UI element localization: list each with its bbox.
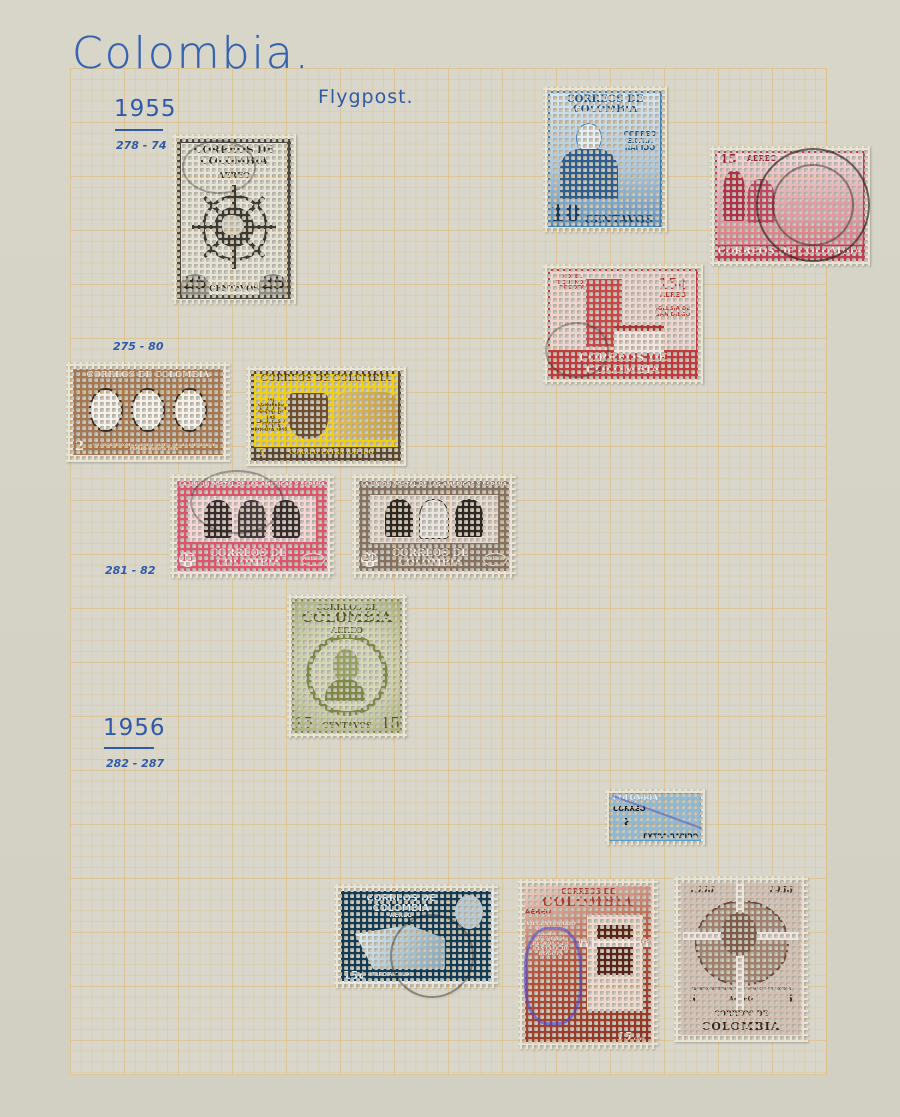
- stamp-value: 5: [689, 995, 696, 1005]
- page-title: Colombia.: [72, 28, 311, 79]
- stamp-ship-wheel[interactable]: CORREOS DE COLOMBIA AEREO 25 CENTAVOS 25: [172, 134, 296, 304]
- stamp-subtitle-2: AEREO: [525, 909, 577, 916]
- stamp-congreso-15[interactable]: LA UNION POSTAL DE LAS AMERICAS Y ESPAÑA…: [170, 474, 334, 578]
- stamp-header: CORREOS DE COLOMBIA: [261, 375, 391, 384]
- stamp-inscription: VII CONGRESO DE LA UNION POSTAL DE LAS A…: [87, 443, 221, 451]
- stamp-subtitle: CORREO EXTRA RAPIDO: [265, 450, 398, 456]
- stamp-value: 5: [786, 995, 793, 1005]
- stamp-caldas-15[interactable]: CORREOS DE COLOMBIA AEREO 15 CENTAVOS 15: [287, 594, 407, 738]
- stamp-value: 15: [720, 153, 737, 165]
- stamp-subtitle: COLOMBIA: [302, 611, 392, 625]
- album-page: Colombia. Flygpost. 1955 278 - 74 275 - …: [0, 0, 900, 1117]
- overprint-text: EXTRA-RAPIDO: [643, 833, 698, 840]
- catalog-range: 278 - 74: [116, 139, 167, 152]
- stamp-header: CORREOS DE COLOMBIA: [341, 894, 461, 913]
- stamp-value: 2: [75, 440, 84, 453]
- stamp-faro-colon-15[interactable]: CORREOS DE COLOMBIA AEREO 15¢ FARO A COL…: [334, 884, 498, 988]
- stamp-unit: CENTAVOS: [585, 214, 653, 225]
- stamp-badge: AEREO: [483, 553, 507, 566]
- stamp-extra-rapido-10[interactable]: CORREOS DE COLOMBIA CORREO EXTRA RAPIDO …: [543, 86, 667, 232]
- overprint-value: 2: [623, 818, 630, 828]
- stamp-value: 15: [381, 716, 400, 731]
- stamp-unit: ctvs: [634, 1037, 645, 1042]
- medallion-portrait: [306, 634, 388, 716]
- stamp-aereo-15-red[interactable]: 15 AEREO CORREOS DE COLOMBIA: [710, 146, 870, 266]
- catalog-range: 275 - 80: [113, 340, 164, 353]
- stamp-subtitle-2: AEREO: [331, 626, 363, 634]
- stamp-unit: CENTAVOS: [209, 284, 259, 292]
- catalog-range: 281 - 82: [105, 564, 156, 577]
- stamp-unit: CENTAVOS: [322, 721, 372, 729]
- stamp-congreso-5[interactable]: CORREOS DE COLOMBIA VII CONGRESO DE LA U…: [246, 366, 406, 466]
- ink-postmark: [524, 927, 582, 1025]
- stamp-subtitle: AEREO: [660, 292, 686, 299]
- stamp-footer: CORREOS DE COLOMBIA: [381, 549, 480, 569]
- stamp-value: 15: [294, 716, 313, 731]
- stamp-footer: CORREOS DE COLOMBIA: [199, 549, 298, 569]
- stamp-value: 25: [259, 274, 287, 295]
- stamp-inscription: VII CONGRESO DE LA UNION POSTAL DE LAS A…: [254, 399, 288, 433]
- stamp-value: 15¢: [659, 277, 688, 292]
- stamp-footer-2: COLOMBIA: [702, 1021, 781, 1032]
- stamp-value: 10: [550, 203, 581, 225]
- monarchs-illustration: [334, 392, 398, 440]
- stamp-header: CORREOS DE COLOMBIA: [87, 371, 210, 380]
- postmark: [182, 140, 256, 194]
- stamp-loyola-5[interactable]: 1556 1956 CUARTO CENTENARIO SAN IGNACIO …: [674, 876, 808, 1042]
- stamp-subtitle: CORREO EXTRA RAPIDO: [620, 131, 660, 203]
- stamp-overprint-2[interactable]: COLOMBIA CORREO 2 EXTRA-RAPIDO: [605, 789, 705, 845]
- stamp-header: LA UNION POSTAL DE LAS AMERICAS Y ESPAÑA: [361, 483, 507, 489]
- stamp-value: 25: [181, 274, 209, 295]
- stamp-value: 15: [617, 1031, 632, 1042]
- year-underline: [115, 129, 163, 131]
- stamp-subtitle: AEREO: [747, 155, 777, 163]
- stamp-subtitle: COLOMBIA: [525, 896, 651, 909]
- postmark: [390, 914, 474, 998]
- stamp-value: 5: [257, 447, 265, 458]
- postmark: [190, 470, 284, 534]
- year-heading-1956: 1956: [103, 715, 166, 741]
- altar-illustration: 1256 1956: [577, 909, 651, 1032]
- year-left: 1256: [579, 939, 592, 947]
- stamp-caption: IGLESIA DE SAN DIEGO: [650, 307, 696, 318]
- stamp-value: 15: [179, 552, 196, 567]
- stamp-congreso-2[interactable]: CORREOS DE COLOMBIA 2 VII CONGRESO DE LA…: [66, 362, 230, 462]
- saint-medallion: [691, 900, 791, 982]
- coat-of-arms: [288, 393, 328, 439]
- postmark-inner: [772, 164, 854, 246]
- ship-wheel-emblem: [192, 185, 276, 269]
- stamp-value: 15¢: [343, 970, 366, 981]
- stamp-tequendama-15[interactable]: HOTEL TEQUENDAMA BOGOTA 15¢ AEREO IGLESI…: [543, 264, 703, 384]
- portraits-row: [89, 388, 207, 432]
- stamp-footer: CORREOS DE: [714, 1010, 768, 1017]
- year-underline: [104, 747, 154, 749]
- portrait-illustration: [550, 115, 620, 203]
- year-left: 1556: [689, 887, 714, 896]
- stamp-santa-isabel-15[interactable]: CORREOS DE COLOMBIA AEREO VII CENTENARIO…: [518, 879, 658, 1049]
- stamp-caption: HOTEL TEQUENDAMA BOGOTA: [554, 275, 590, 292]
- year-heading-1955: 1955: [114, 96, 177, 122]
- stamp-badge: AEREO: [301, 553, 325, 566]
- section-label-airmail: Flygpost.: [318, 86, 414, 108]
- year-right: 1956: [640, 939, 653, 947]
- postmark: [545, 322, 609, 378]
- portraits-row: [370, 495, 498, 543]
- stamp-value: 20: [361, 552, 378, 567]
- catalog-range: 282 - 287: [106, 757, 164, 770]
- stamp-congreso-20[interactable]: LA UNION POSTAL DE LAS AMERICAS Y ESPAÑA…: [352, 474, 516, 578]
- year-right: 1956: [768, 887, 793, 896]
- stamp-header: CORREOS DE COLOMBIA: [550, 95, 660, 115]
